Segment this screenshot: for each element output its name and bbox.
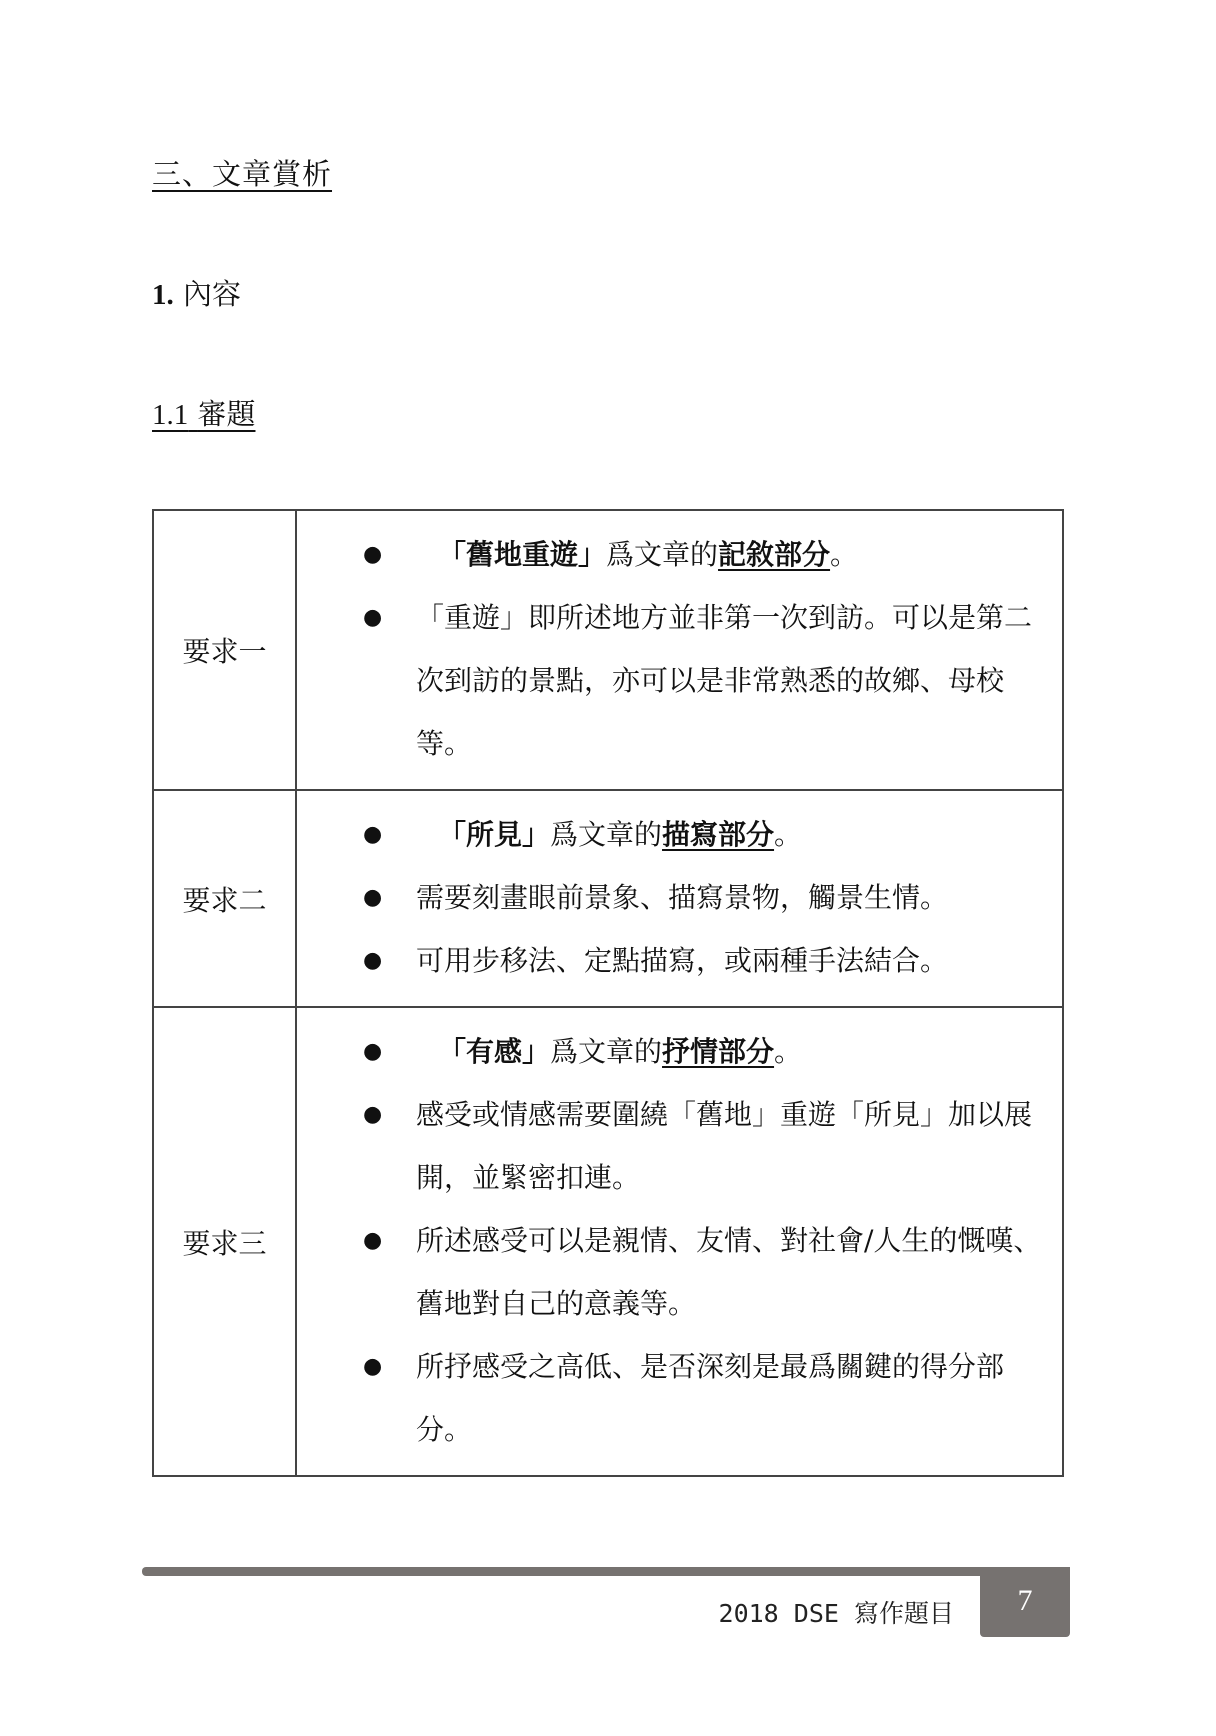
subsection-title: 內容: [183, 277, 241, 311]
subsubsection-heading: 1.1 審題: [152, 392, 255, 433]
bullet-icon: ●: [363, 1335, 382, 1398]
point-text: 所抒感受之高低、是否深刻是最爲關鍵的得分部分。: [416, 1350, 1004, 1446]
point-text: 感受或情感需要圍繞「舊地」重遊「所見」加以展開，並緊密扣連。: [416, 1098, 1032, 1194]
emphasis-term: 記敘部分: [718, 538, 830, 571]
point-text: 所述感受可以是親情、友情、對社會/人生的慨嘆、舊地對自己的意義等。: [416, 1224, 1041, 1320]
bullet-icon: ●: [363, 586, 382, 649]
subsection-heading: 1. 內容: [152, 272, 241, 313]
requirement-content: ● 「所見」爲文章的描寫部分。 ● 需要刻畫眼前景象、描寫景物，觸景生情。 ● …: [296, 790, 1063, 1007]
bullet-icon: ●: [363, 1020, 382, 1083]
list-item: ● 「有感」爲文章的抒情部分。: [297, 1020, 1046, 1083]
point-text: 需要刻畫眼前景象、描寫景物，觸景生情。: [416, 881, 948, 914]
subsubsection-title: 審題: [197, 397, 255, 431]
requirement-label: 要求三: [153, 1007, 296, 1476]
bullet-list: ● 「有感」爲文章的抒情部分。 ● 感受或情感需要圍繞「舊地」重遊「所見」加以展…: [297, 1020, 1046, 1461]
bullet-icon: ●: [363, 929, 382, 992]
bullet-icon: ●: [363, 866, 382, 929]
emphasis-term: 描寫部分: [662, 818, 774, 851]
table-row: 要求一 ● 「舊地重遊」爲文章的記敘部分。 ● 「重遊」即所述地方並非第一次到訪…: [153, 510, 1063, 790]
subsubsection-number: 1.1: [152, 399, 188, 431]
list-item: ● 可用步移法、定點描寫，或兩種手法結合。: [297, 929, 1046, 992]
bullet-icon: ●: [363, 523, 382, 586]
requirement-content: ● 「舊地重遊」爲文章的記敘部分。 ● 「重遊」即所述地方並非第一次到訪。可以是…: [296, 510, 1063, 790]
emphasis-term: 抒情部分: [662, 1035, 774, 1068]
bullet-icon: ●: [363, 1083, 382, 1146]
table-row: 要求三 ● 「有感」爲文章的抒情部分。 ● 感受或情感需要圍繞「舊地」重遊「所見…: [153, 1007, 1063, 1476]
key-term: 「有感」: [438, 1035, 550, 1068]
footer-title: 2018 DSE 寫作題目: [719, 1594, 954, 1630]
point-text: 爲文章的: [550, 818, 662, 851]
point-text: 「重遊」即所述地方並非第一次到訪。可以是第二次到訪的景點，亦可以是非常熟悉的故鄉…: [416, 601, 1032, 760]
page-number: 7: [980, 1568, 1070, 1637]
list-item: ● 「重遊」即所述地方並非第一次到訪。可以是第二次到訪的景點，亦可以是非常熟悉的…: [297, 586, 1046, 775]
requirement-label: 要求一: [153, 510, 296, 790]
bullet-list: ● 「所見」爲文章的描寫部分。 ● 需要刻畫眼前景象、描寫景物，觸景生情。 ● …: [297, 803, 1046, 992]
bullet-icon: ●: [363, 1209, 382, 1272]
bullet-icon: ●: [363, 803, 382, 866]
point-text: 可用步移法、定點描寫，或兩種手法結合。: [416, 944, 948, 977]
section-heading: 三、文章賞析: [152, 152, 332, 193]
list-item: ● 需要刻畫眼前景象、描寫景物，觸景生情。: [297, 866, 1046, 929]
subsection-number: 1.: [152, 279, 174, 311]
point-punct: 。: [774, 818, 802, 851]
key-term: 「舊地重遊」: [438, 538, 606, 571]
table-row: 要求二 ● 「所見」爲文章的描寫部分。 ● 需要刻畫眼前景象、描寫景物，觸景生情…: [153, 790, 1063, 1007]
requirement-content: ● 「有感」爲文章的抒情部分。 ● 感受或情感需要圍繞「舊地」重遊「所見」加以展…: [296, 1007, 1063, 1476]
point-text: 爲文章的: [606, 538, 718, 571]
list-item: ● 感受或情感需要圍繞「舊地」重遊「所見」加以展開，並緊密扣連。: [297, 1083, 1046, 1209]
point-punct: 。: [830, 538, 858, 571]
requirements-table: 要求一 ● 「舊地重遊」爲文章的記敘部分。 ● 「重遊」即所述地方並非第一次到訪…: [152, 509, 1064, 1477]
point-text: 爲文章的: [550, 1035, 662, 1068]
key-term: 「所見」: [438, 818, 550, 851]
point-punct: 。: [774, 1035, 802, 1068]
list-item: ● 所述感受可以是親情、友情、對社會/人生的慨嘆、舊地對自己的意義等。: [297, 1209, 1046, 1335]
list-item: ● 「所見」爲文章的描寫部分。: [297, 803, 1046, 866]
requirement-label: 要求二: [153, 790, 296, 1007]
bullet-list: ● 「舊地重遊」爲文章的記敘部分。 ● 「重遊」即所述地方並非第一次到訪。可以是…: [297, 523, 1046, 775]
footer-divider-bar: [142, 1567, 1070, 1576]
list-item: ● 所抒感受之高低、是否深刻是最爲關鍵的得分部分。: [297, 1335, 1046, 1461]
list-item: ● 「舊地重遊」爲文章的記敘部分。: [297, 523, 1046, 586]
